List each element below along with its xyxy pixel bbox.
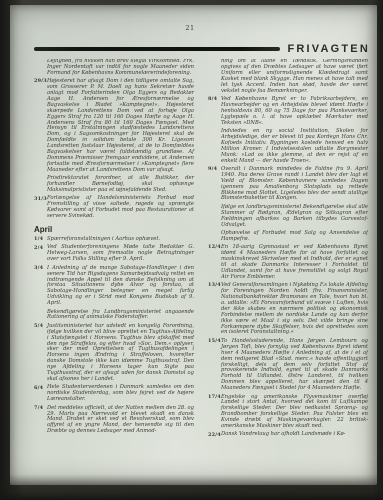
entry-text: Ved Generalforsamlingen i Nykøbing F.s l… [221, 283, 368, 336]
chronicle-entry: 3/4 I Anledning af de mange Sabotage-Han… [47, 266, 194, 307]
chronicle-entry: 5/4 Justitsministeriet har udstedt en ko… [47, 324, 194, 383]
chronicle-entry: 31/3 Forlængelse af Handelsministeriets … [47, 196, 194, 220]
entry-date: 15/4 [208, 339, 221, 345]
masthead-row: FRIVAGTEN [34, 43, 370, 55]
chronicle-entry: 1/4 Spærreforanstaltningen i Aarhus ophæ… [47, 237, 194, 243]
magazine-page: 21 FRIVAGTEN Lejlighed, fra hvilken han … [10, 5, 377, 485]
entry-text: Hele Studenterverdenen i Danmark samlede… [47, 385, 194, 403]
scanned-page-photo: 21 FRIVAGTEN Lejlighed, fra hvilken han … [0, 0, 383, 500]
chronicle-entry: 8/4 Ved Københavns Byret er to Fabriksar… [221, 97, 368, 127]
entry-text: Engelske og amerikanske Flyvemaskiner ov… [221, 395, 368, 430]
chronicle-entry: 7/4 Det meddeles officielt, at der Natte… [47, 406, 194, 436]
page-number: 21 [160, 24, 220, 32]
chronicle-entry: Prisdirektoratet forordner, at alle Buti… [47, 176, 194, 194]
entry-date: 17/4 [208, 395, 221, 401]
chronicle-entry: 9/4 Overalt i Danmark mindedes de Faldne… [221, 167, 368, 202]
chronicle-entry: Lejlighed, fra hvilken han drev illegal … [47, 59, 194, 77]
chronicle-entry: 13/4 Ved Generalforsamlingen i Nykøbing … [221, 283, 368, 336]
entry-date: 31/3 [34, 197, 47, 203]
entry-text: To Handelsstuderende, Hans Jørgen Lembou… [221, 339, 368, 392]
chronicle-entry: 17/4 Engelske og amerikanske Flyvemaskin… [221, 395, 368, 430]
entry-date: 13/4 [208, 283, 221, 289]
entry-date: 1/4 [34, 237, 43, 243]
entry-date: 2/4 [34, 246, 43, 252]
entry-date: 3/4 [34, 266, 43, 272]
entry-date: 9/4 [208, 167, 217, 173]
entry-text: Ophævelse af Forbudet mod Salg og Anvend… [221, 231, 368, 243]
entry-text: I Anledning af de mange Sabotage-Handlin… [47, 266, 194, 307]
entry-text: Prisdirektoratet forordner, at alle Buti… [47, 176, 194, 194]
chronicle-entry: 15/4 To Handelsstuderende, Hans Jørgen L… [221, 339, 368, 392]
masthead-rule [34, 47, 280, 51]
right-column: ning om at laane en Tændstik. Gerningsma… [208, 59, 368, 461]
entry-text: ning om at laane en Tændstik. Gerningsma… [221, 59, 368, 94]
entry-date: 6/4 [34, 386, 43, 392]
entry-date: 7/4 [34, 406, 43, 412]
entry-text: Overalt i Danmark mindedes de Faldne fra… [221, 167, 368, 202]
chronicle-entry: Ophævelse af Forbudet mod Salg og Anvend… [221, 231, 368, 243]
entry-date: 22/4 [208, 433, 221, 439]
entry-text: Ved Studenterforeningens Møde talte Reda… [47, 245, 194, 263]
entry-text: En 18-aarig Gymnasiast er ved Københavns… [221, 245, 368, 280]
chronicle-entry: Indviedes en ny social Institution, Skol… [221, 129, 368, 164]
masthead-title: FRIVAGTEN [287, 43, 370, 55]
entry-date: 8/4 [208, 97, 217, 103]
entry-text: Bekendtgørelse fra Landbrugsministeriet … [47, 310, 194, 322]
chronicle-entry: Bekendtgørelse fra Landbrugsministeriet … [47, 310, 194, 322]
entry-text: Ved Københavns Byret er to Fabriksarbejd… [221, 97, 368, 127]
entry-text: Indviedes en ny social Institution, Skol… [221, 129, 368, 164]
entry-date: 29/3 [34, 79, 47, 85]
month-heading: April [34, 225, 194, 234]
chronicle-entry: ning om at laane en Tændstik. Gerningsma… [221, 59, 368, 94]
entry-text: Højesteret har afsagt Dom i den tidliger… [47, 79, 194, 174]
entry-text: Dansk Vandrelaug har afholdt Landsmøde i… [221, 432, 368, 438]
entry-text: Justitsministeriet har udstedt en kongel… [47, 324, 194, 383]
chronicle-entry: 29/3 Højesteret har afsagt Dom i den tid… [47, 79, 194, 174]
left-column: Lejlighed, fra hvilken han drev illegal … [34, 59, 194, 461]
chronicle-entry: 22/4 Dansk Vandrelaug har afholdt Landsm… [221, 432, 368, 438]
entry-text: Spærreforanstaltningen i Aarhus ophævet. [47, 237, 194, 243]
chronicle-entry: 2/4 Ved Studenterforeningens Møde talte … [47, 245, 194, 263]
chronicle-entry: 6/4 Hele Studenterverdenen i Danmark sam… [47, 385, 194, 403]
entry-text: Det meddeles officielt, at der Natten me… [47, 406, 194, 436]
entry-text: Lejlighed, fra hvilken han drev illegal … [47, 59, 194, 77]
entry-text: Forlængelse af Handelsministeriets Forbu… [47, 196, 194, 220]
chronicle-entry: 12/4 En 18-aarig Gymnasiast er ved Køben… [221, 245, 368, 280]
chronicle-columns: Lejlighed, fra hvilken han drev illegal … [34, 59, 368, 461]
entry-date: 12/4 [208, 245, 221, 251]
entry-date: 5/4 [34, 324, 43, 330]
entry-text: Ifølge en landbrugsministeriel Bekendtgø… [221, 205, 368, 229]
chronicle-entry: Ifølge en landbrugsministeriel Bekendtgø… [221, 205, 368, 229]
